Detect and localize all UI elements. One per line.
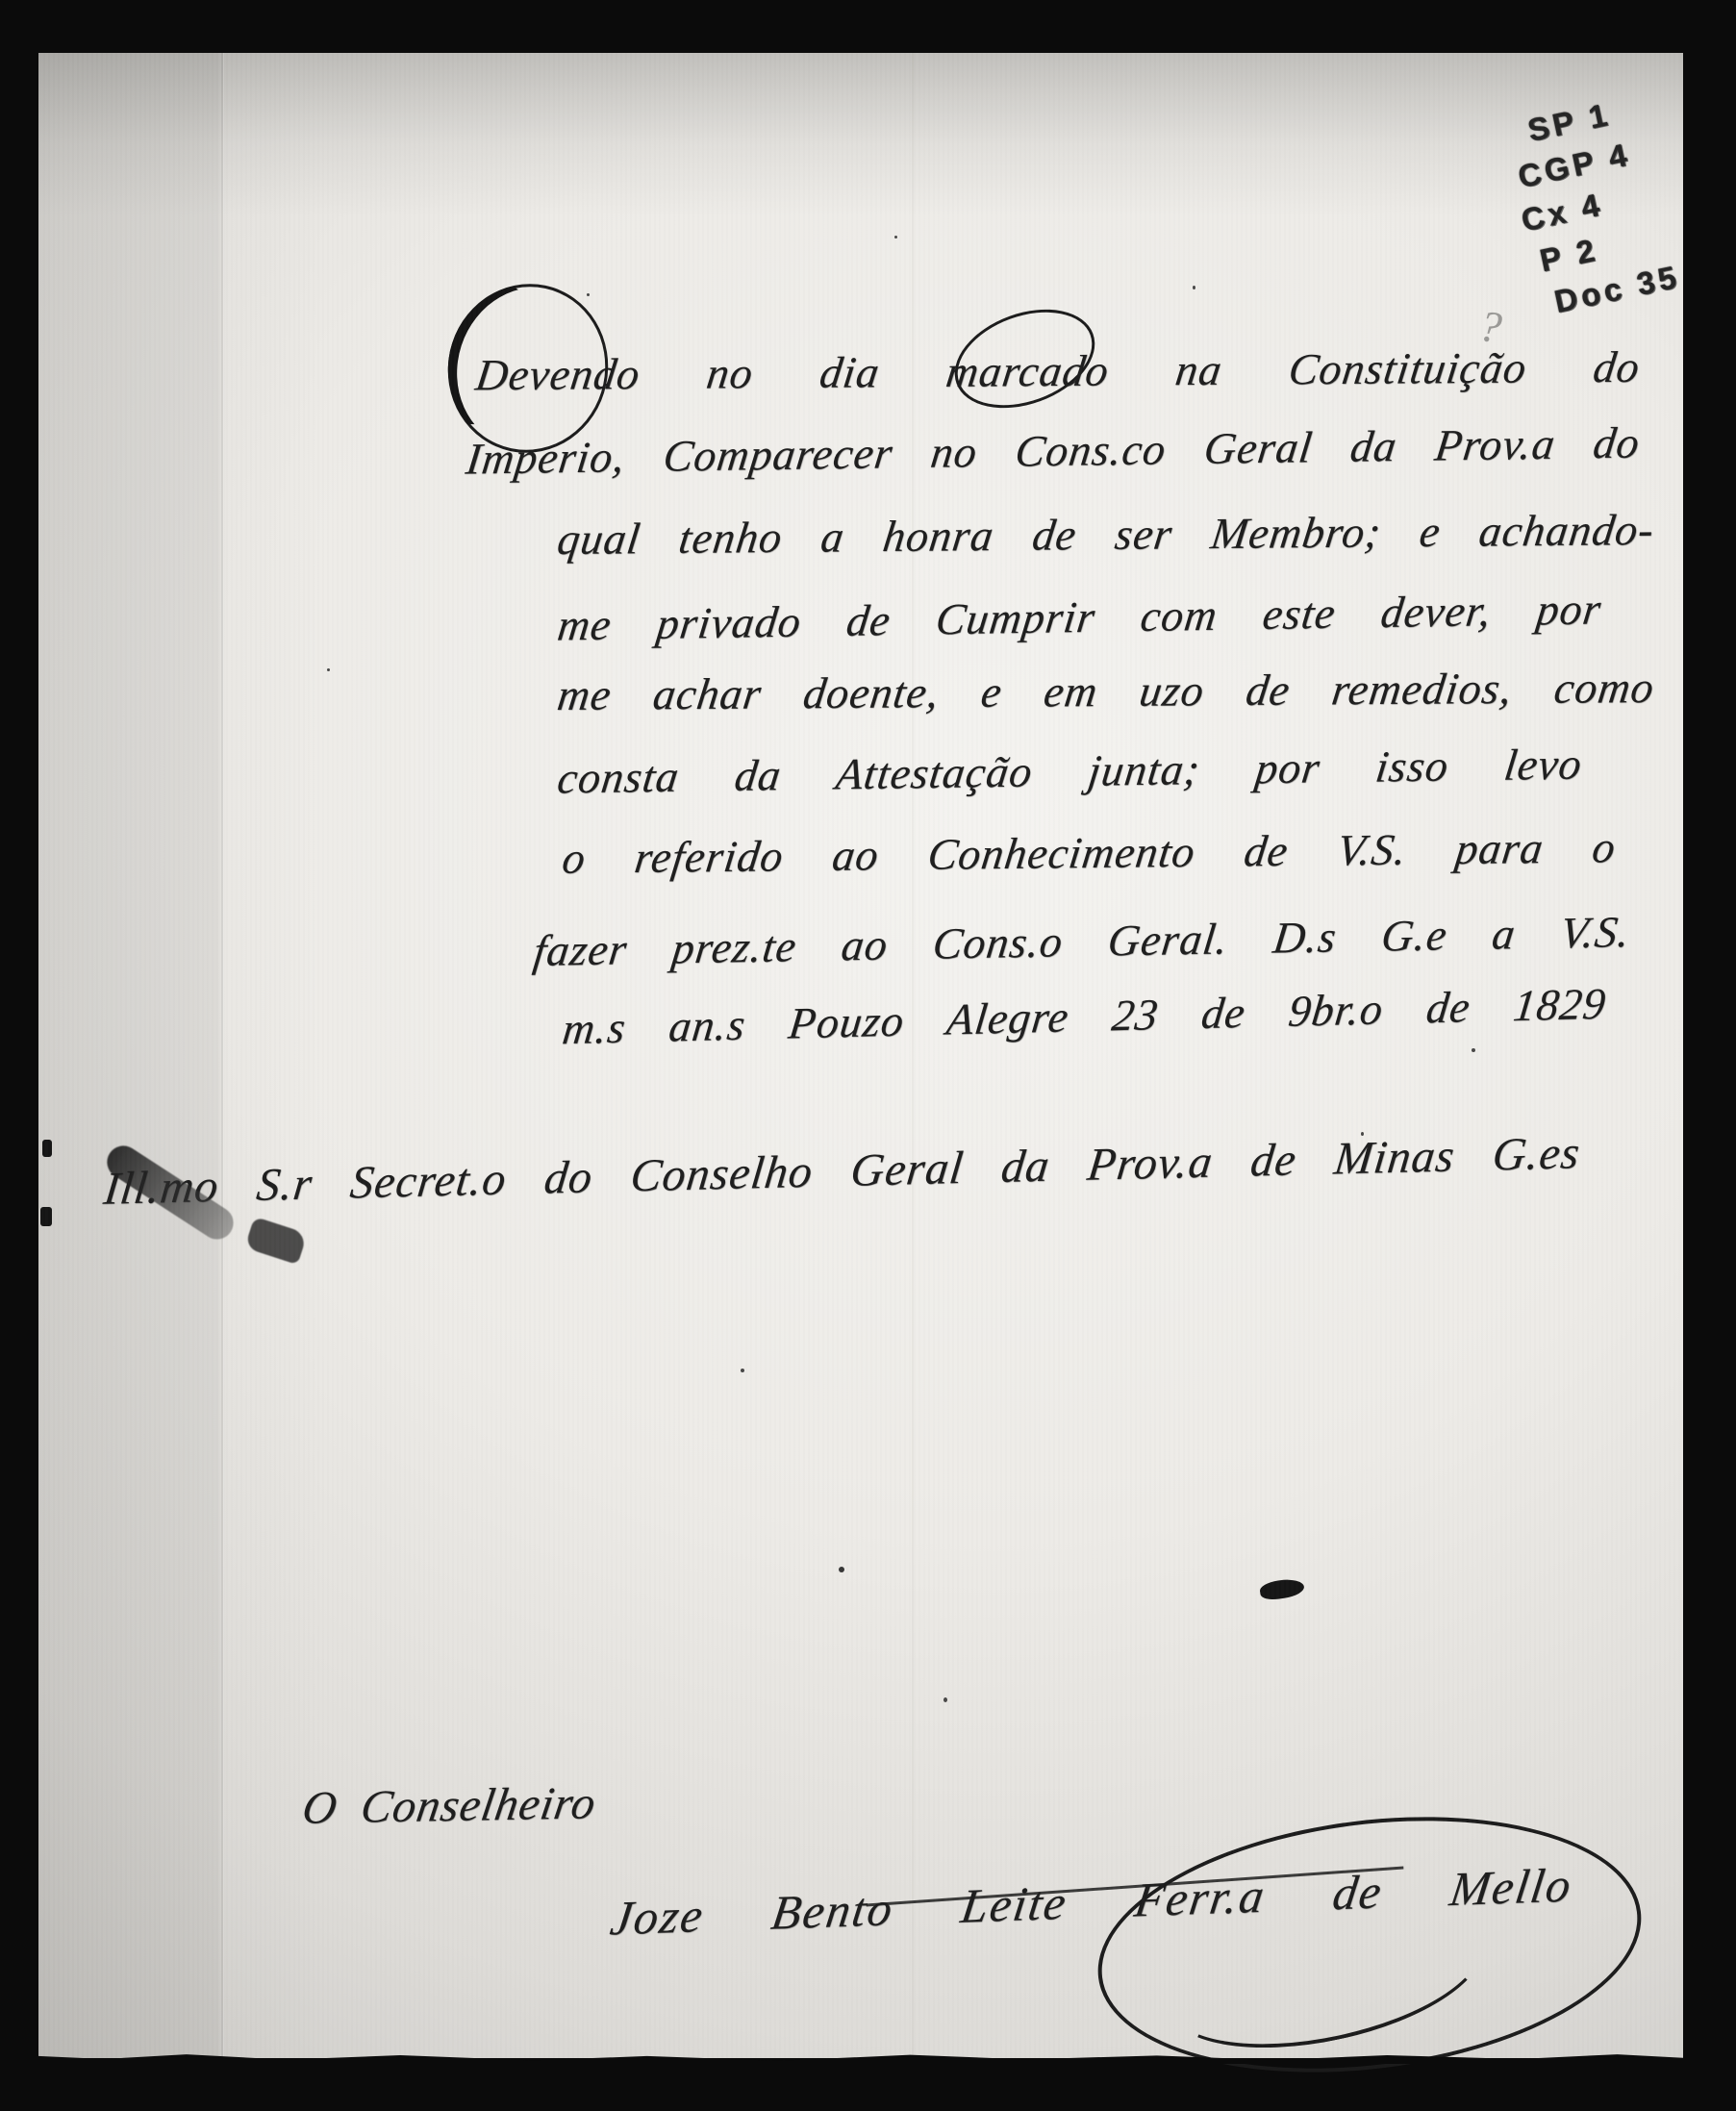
manuscript-line-date: m.s an.s Pouzo Alegre 23 de 9br.o de 182… (560, 974, 1610, 1060)
paper-speck (839, 1567, 844, 1572)
paper-speck (1193, 286, 1195, 289)
paper-speck (1361, 1132, 1364, 1136)
edge-mark (40, 1207, 52, 1226)
scanned-document: SP 1 CGP 4 Cx 4 P 2 Doc 35 ? Devendo no … (0, 0, 1736, 2111)
manuscript-line: o referido ao Conhecimento de V.S. para … (559, 817, 1620, 889)
paper-speck (741, 1369, 744, 1372)
manuscript-line: fazer prez.te ao Cons.o Geral. D.s G.e a… (530, 902, 1633, 981)
closing-line: O Conselheiro (299, 1776, 600, 1834)
manuscript-line: Devendo no dia marcado na Constituição d… (472, 338, 1644, 406)
manuscript-line: me privado de Cumprir com este dever, po… (554, 579, 1605, 655)
archival-notation: SP 1 CGP 4 Cx 4 P 2 Doc 35 (1499, 73, 1736, 327)
manuscript-line: Imperio, Comparecer no Cons.co Geral da … (463, 413, 1644, 489)
manuscript-line: qual tenho a honra de ser Membro; e acha… (554, 500, 1658, 569)
address-line: Ill.mo S.r Secret.o do Conselho Geral da… (100, 1121, 1583, 1221)
paper-fold-line (221, 53, 223, 2058)
paper-speck (1472, 1048, 1475, 1052)
ink-smudge (244, 1217, 308, 1265)
edge-mark (42, 1140, 52, 1157)
paper-speck (894, 236, 897, 239)
paper-speck (587, 293, 590, 296)
manuscript-page: SP 1 CGP 4 Cx 4 P 2 Doc 35 ? Devendo no … (38, 53, 1683, 2058)
paper-speck (327, 668, 330, 671)
manuscript-line: me achar doente, e em uzo de remedios, c… (554, 658, 1658, 725)
paper-speck (943, 1697, 947, 1702)
ink-blot (1259, 1577, 1305, 1601)
manuscript-line: consta da Attestação junta; por isso lev… (554, 735, 1586, 809)
